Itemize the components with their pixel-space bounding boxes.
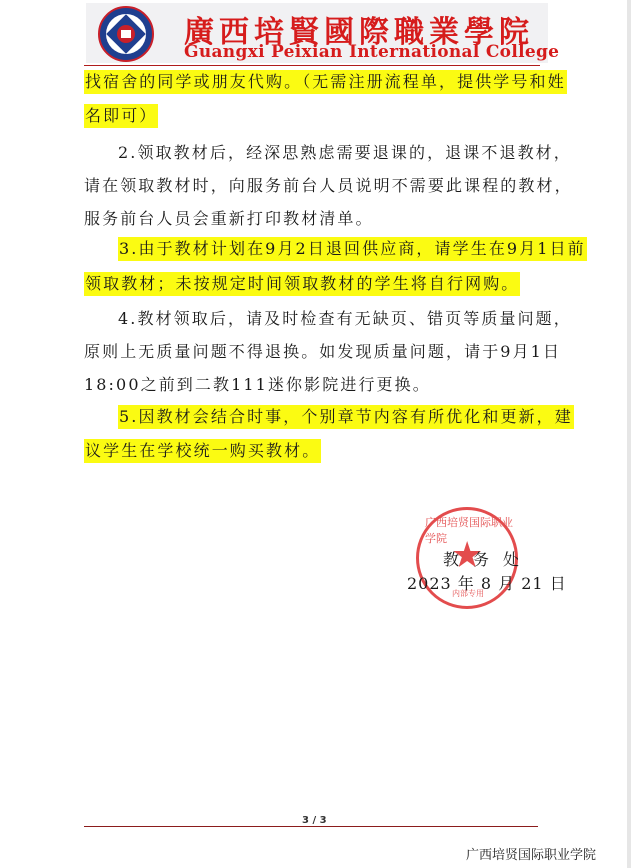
body-line-5: 服务前台人员会重新打印教材清单。	[84, 205, 374, 233]
body-line-2: 名即可）	[84, 102, 158, 130]
body-line-7: 领取教材；未按规定时间领取教材的学生将自行网购。	[84, 270, 520, 298]
body-line-8: 4.教材领取后，请及时检查有无缺页、错页等质量问题，	[118, 305, 572, 333]
college-name-en: Guangxi Peixian International College	[184, 42, 559, 62]
body-line-10: 18:00之前到二教111迷你影院进行更换。	[84, 371, 431, 399]
college-emblem-icon	[98, 6, 154, 62]
body-line-1: 找宿舍的同学或朋友代购。（无需注册流程单，提供学号和姓	[84, 68, 567, 96]
body-line-12: 议学生在学校统一购买教材。	[84, 437, 321, 465]
page-number: 3 / 3	[302, 815, 327, 826]
body-line-3: 2.领取教材后，经深思熟虑需要退课的，退课不退教材，	[118, 139, 572, 167]
issue-date: 2023 年 8 月 21 日	[407, 571, 567, 594]
body-line-11: 5.因教材会结合时事，个别章节内容有所优化和更新，建	[118, 403, 574, 431]
footer-organization: 广西培贤国际职业学院	[466, 844, 596, 863]
issuing-department: 教务处	[443, 547, 533, 570]
page-edge	[627, 0, 631, 868]
footer-divider	[84, 826, 538, 827]
body-line-9: 原则上无质量问题不得退换。如发现质量问题，请于9月1日	[84, 338, 561, 366]
document-header: 廣西培賢國際職業學院 Guangxi Peixian International…	[86, 3, 548, 63]
body-line-4: 请在领取教材时，向服务前台人员说明不需要此课程的教材，	[84, 172, 573, 200]
body-line-6: 3.由于教材计划在9月2日退回供应商，请学生在9月1日前	[118, 235, 587, 263]
header-divider	[84, 65, 540, 66]
